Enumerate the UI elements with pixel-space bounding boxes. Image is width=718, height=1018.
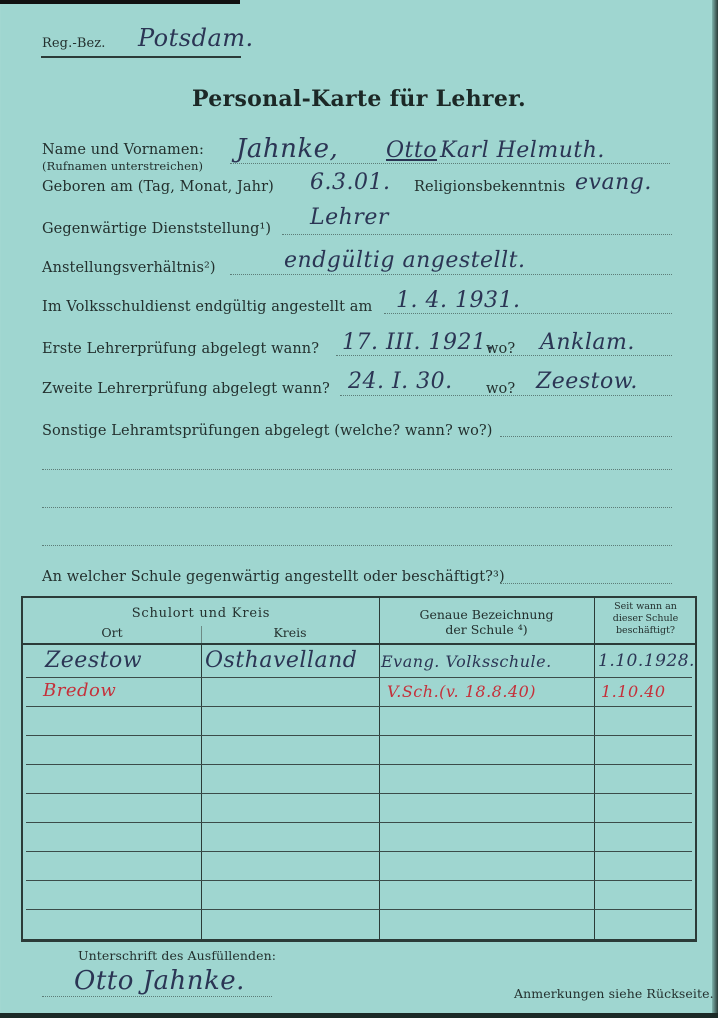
scan-edge-bottom bbox=[0, 1013, 718, 1018]
other-exams-dotted-line-3 bbox=[42, 507, 672, 508]
exam1-label: Erste Lehrerprüfung abgelegt wann? bbox=[42, 341, 319, 357]
exam1-date: 17. III. 1921. bbox=[342, 330, 494, 355]
employment-value: endgültig angestellt. bbox=[284, 248, 525, 273]
row2-seit: 1.10.40 bbox=[601, 682, 666, 701]
signature-value: Otto Jahnke. bbox=[74, 966, 245, 996]
exam2-label: Zweite Lehrerprüfung abgelegt wann? bbox=[42, 381, 330, 397]
th-schulort-kreis: Schulort und Kreis bbox=[23, 606, 379, 621]
schools-table: Schulort und Kreis Ort Kreis Genaue Beze… bbox=[21, 596, 697, 942]
th-seit-3: beschäftigt? bbox=[594, 625, 697, 636]
row1-schule: Evang. Volksschule. bbox=[381, 652, 552, 671]
exam1-where: Anklam. bbox=[540, 330, 635, 355]
position-value: Lehrer bbox=[310, 205, 389, 230]
other-exams-dotted-line-4 bbox=[42, 545, 672, 546]
exam1-where-label: wo? bbox=[486, 341, 515, 357]
name-rest: Karl Helmuth. bbox=[440, 138, 605, 163]
regbez-label: Reg.-Bez. bbox=[42, 36, 105, 51]
row2-schule: V.Sch.(v. 18.8.40) bbox=[387, 682, 536, 701]
header-divider bbox=[23, 643, 695, 645]
row-line bbox=[26, 822, 692, 823]
religion-value: evang. bbox=[575, 170, 652, 195]
th-ort: Ort bbox=[23, 625, 201, 640]
position-dotted-line bbox=[282, 234, 672, 235]
th-schule-1: Genaue Bezeichnung bbox=[379, 607, 594, 622]
row-line bbox=[26, 909, 692, 910]
row-line bbox=[26, 851, 692, 852]
personnel-card: Reg.-Bez. Potsdam. Personal-Karte für Le… bbox=[0, 0, 718, 1018]
name-surname: Jahnke, bbox=[236, 134, 338, 164]
exam2-where: Zeestow. bbox=[536, 369, 638, 394]
exam2-date: 24. I. 30. bbox=[348, 369, 453, 394]
scan-edge-top bbox=[0, 0, 240, 4]
born-label: Geboren am (Tag, Monat, Jahr) bbox=[42, 179, 274, 195]
col-divider-3 bbox=[379, 598, 380, 939]
name-hint: (Rufnamen unterstreichen) bbox=[42, 159, 203, 173]
col-divider-2 bbox=[201, 643, 202, 939]
exam2-where-label: wo? bbox=[486, 381, 515, 397]
born-value: 6.3.01. bbox=[310, 170, 390, 195]
row1-ort: Zeestow bbox=[45, 648, 142, 673]
page-title: Personal-Karte für Lehrer. bbox=[0, 86, 718, 112]
signature-label: Unterschrift des Ausfüllenden: bbox=[78, 948, 276, 963]
row-line bbox=[26, 706, 692, 707]
row1-seit: 1.10.1928. bbox=[598, 651, 695, 671]
footnote-note: Anmerkungen siehe Rückseite. bbox=[514, 986, 714, 1001]
volksschul-value: 1. 4. 1931. bbox=[396, 288, 520, 313]
row-line bbox=[26, 793, 692, 794]
volksschul-dotted-line bbox=[384, 313, 672, 314]
col-divider-4 bbox=[594, 598, 595, 939]
school-label: An welcher Schule gegenwärtig angestellt… bbox=[42, 569, 505, 585]
row-line bbox=[26, 880, 692, 881]
other-exams-dotted-line-2 bbox=[42, 469, 672, 470]
row2-ort: Bredow bbox=[43, 680, 116, 701]
th-kreis: Kreis bbox=[201, 625, 379, 640]
regbez-value: Potsdam. bbox=[138, 24, 254, 52]
school-dotted-line bbox=[500, 583, 672, 584]
row-line bbox=[26, 677, 692, 678]
position-label: Gegenwärtige Dienststellung¹) bbox=[42, 221, 271, 237]
employment-label: Anstellungsverhältnis²) bbox=[42, 260, 216, 276]
religion-label: Religionsbekenntnis bbox=[414, 179, 565, 195]
row1-kreis: Osthavelland bbox=[205, 648, 357, 673]
volksschul-label: Im Volksschuldienst endgültig angestellt… bbox=[42, 299, 372, 315]
th-schule-2: der Schule ⁴) bbox=[379, 622, 594, 637]
scan-edge-right bbox=[712, 0, 718, 1018]
name-rufname: Otto bbox=[386, 138, 437, 163]
row-line bbox=[26, 764, 692, 765]
row-line bbox=[26, 735, 692, 736]
other-exams-dotted-line-1 bbox=[500, 436, 672, 437]
th-seit-1: Seit wann an bbox=[594, 601, 697, 612]
other-exams-label: Sonstige Lehramtsprüfungen abgelegt (wel… bbox=[42, 423, 493, 439]
signature-dotted-line bbox=[42, 996, 272, 997]
employment-dotted-line bbox=[230, 274, 672, 275]
th-seit-2: dieser Schule bbox=[594, 613, 697, 624]
regbez-underline bbox=[41, 56, 241, 58]
name-label: Name und Vornamen: bbox=[42, 142, 204, 158]
